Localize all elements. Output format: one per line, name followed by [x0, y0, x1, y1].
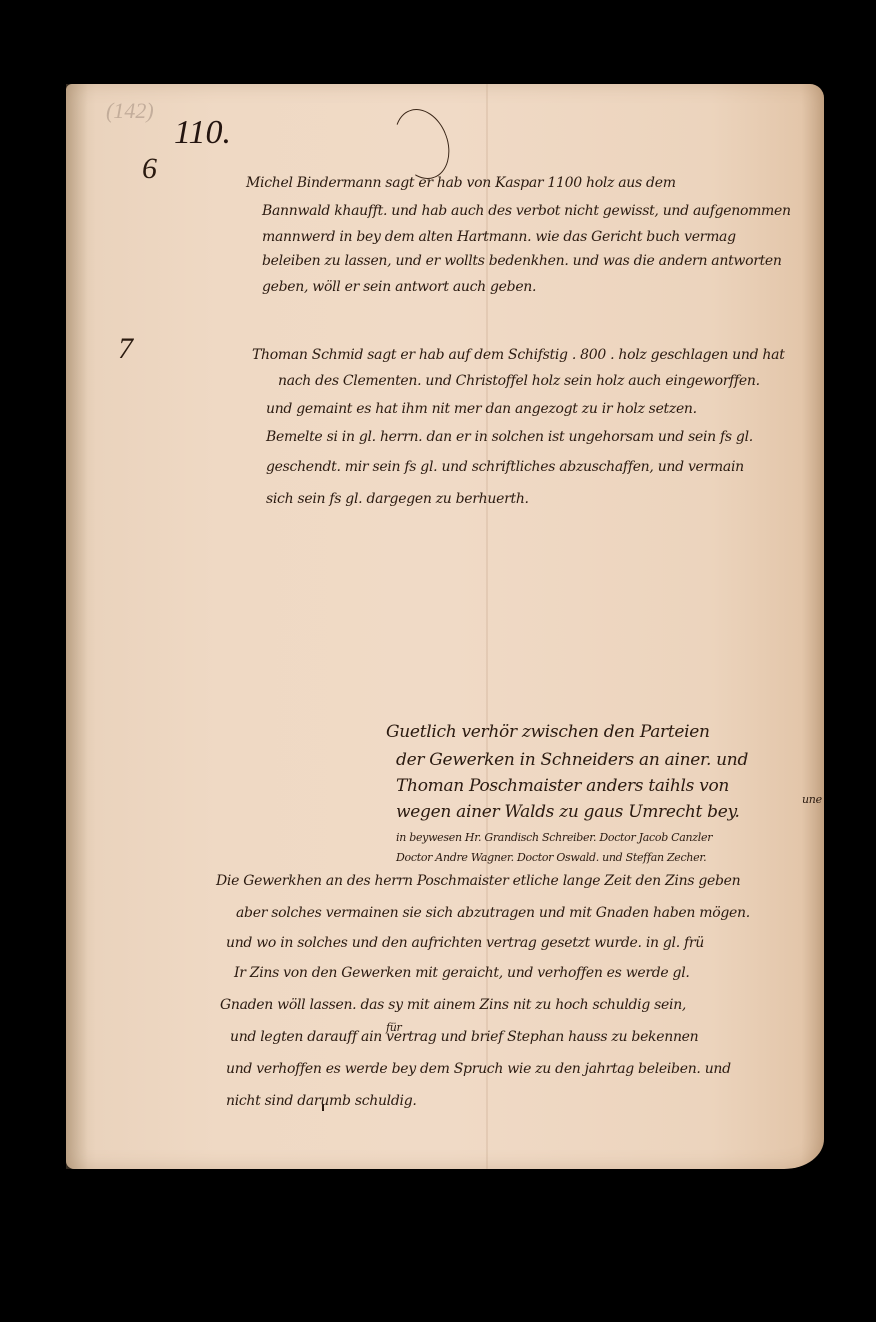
faded-folio-number: (142) [106, 98, 154, 124]
hearing-line: Die Gewerkhen an des herrn Poschmaister … [216, 874, 740, 888]
entry-6-line: mannwerd in bey dem alten Hartmann. wie … [262, 230, 736, 244]
entry-6-line: Bannwald khaufft. und hab auch des verbo… [262, 204, 791, 218]
entry-7-line: geschendt. mir sein fs gl. und schriftli… [266, 460, 744, 474]
hearing-line: aber solches vermainen sie sich abzutrag… [236, 906, 750, 920]
hearing-heading-line: wegen ainer Walds zu gaus Umrecht bey. [396, 804, 740, 821]
attendees-line: Doctor Andre Wagner. Doctor Oswald. und … [396, 852, 706, 863]
hearing-heading-line: Thoman Poschmaister anders taihls von [396, 778, 729, 795]
hearing-heading-line: der Gewerken in Schneiders an ainer. und [396, 752, 748, 769]
hearing-line: und wo in solches und den aufrichten ver… [226, 936, 704, 950]
entry-6-line: geben, wöll er sein antwort auch geben. [262, 280, 536, 294]
entry-7-line: nach des Clementen. und Christoffel holz… [278, 374, 760, 388]
hearing-line: Gnaden wöll lassen. das sy mit ainem Zin… [220, 998, 686, 1012]
entry-7-line: sich sein fs gl. dargegen zu berhuerth. [266, 492, 529, 506]
hearing-line: Ir Zins von den Gewerken mit geraicht, u… [234, 966, 690, 980]
superscript-note: une [802, 794, 822, 805]
hearing-line: und verhoffen es werde bey dem Spruch wi… [226, 1062, 731, 1076]
entry-6-margin-number: 6 [142, 152, 157, 186]
hearing-line: und legten darauff ain vertrag und brief… [230, 1030, 698, 1044]
entry-6-line: beleiben zu lassen, und er wollts bedenk… [262, 254, 782, 268]
entry-7-line: Thoman Schmid sagt er hab auf dem Schifs… [252, 348, 785, 362]
hearing-heading-line: Guetlich verhör zwischen den Parteien [386, 724, 710, 741]
decorative-loop-flourish [385, 101, 458, 186]
attendees-line: in beywesen Hr. Grandisch Schreiber. Doc… [396, 832, 712, 843]
entry-7-line: Bemelte si in gl. herrn. dan er in solch… [266, 430, 753, 444]
entry-7-line: und gemaint es hat ihm nit mer dan angez… [266, 402, 697, 416]
ink-speck [322, 1104, 324, 1111]
entry-6-line: Michel Bindermann sagt er hab von Kaspar… [246, 176, 676, 190]
folio-number: 110. [174, 114, 231, 152]
manuscript-page: (142) 110. 6 Michel Bindermann sagt er h… [66, 84, 824, 1169]
entry-7-margin-number: 7 [118, 332, 133, 366]
